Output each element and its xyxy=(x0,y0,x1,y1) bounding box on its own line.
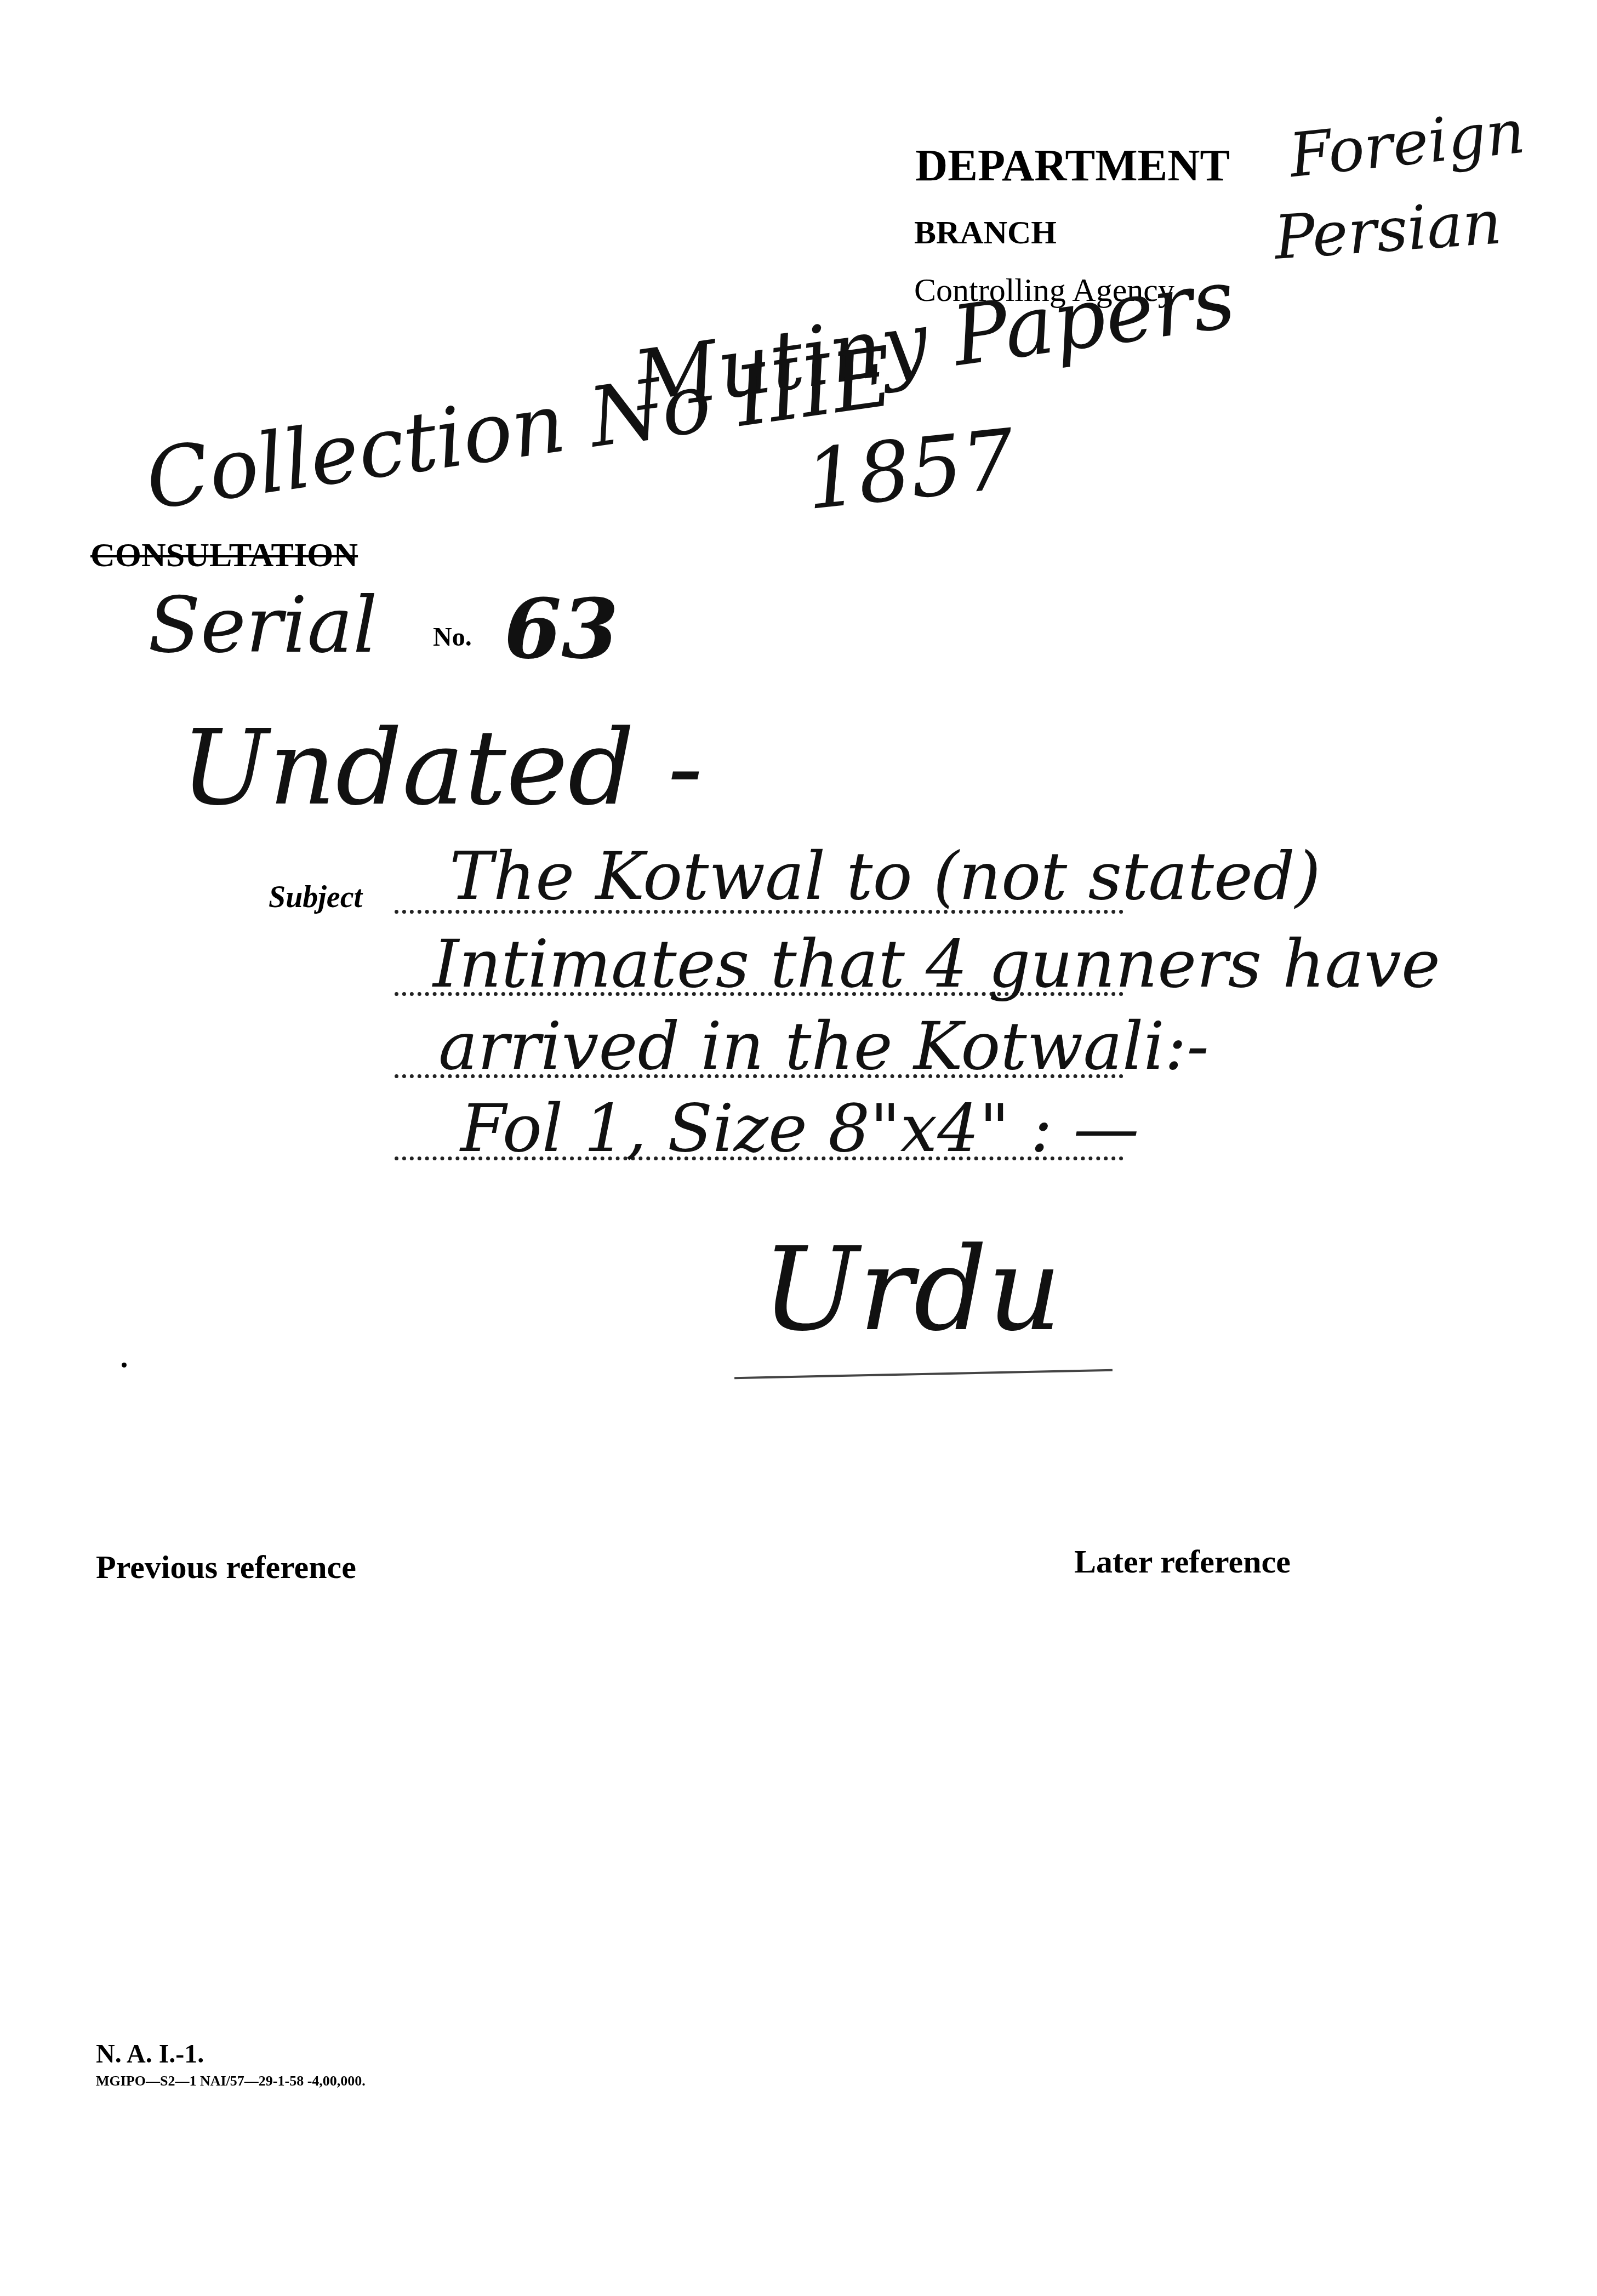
language-underline xyxy=(734,1369,1113,1379)
serial-label: Serial xyxy=(148,581,378,670)
date-value: Undated - xyxy=(181,707,703,828)
language-value: Urdu xyxy=(762,1222,1062,1357)
branch-value: Persian xyxy=(1272,187,1504,273)
print-line: MGIPO—S2—1 NAI/57—29-1-58 -4,00,000. xyxy=(96,2073,366,2089)
subject-label: Subject xyxy=(269,880,362,915)
branch-label: BRANCH xyxy=(914,214,1057,252)
collection-number: Collection No IIIE xyxy=(140,329,899,528)
subject-line-1: The Kotwal to (not stated) xyxy=(449,839,1321,915)
previous-reference-label: Previous reference xyxy=(96,1548,356,1586)
later-reference-label: Later reference xyxy=(1074,1543,1291,1581)
consultation-label: CONSULTATION xyxy=(90,536,358,575)
no-label: No. xyxy=(433,622,472,652)
subject-line-3: arrived in the Kotwali:- xyxy=(438,1009,1209,1085)
serial-number: 63 xyxy=(504,581,619,677)
subject-line-2: Intimates that 4 gunners have xyxy=(433,926,1440,1002)
department-value: Foreign xyxy=(1286,96,1528,191)
stray-dot xyxy=(122,1363,127,1368)
subject-line-4: Fol 1, Size 8"x4" : — xyxy=(460,1091,1139,1167)
department-label: DEPARTMENT xyxy=(915,140,1230,191)
form-code: N. A. I.-1. xyxy=(96,2039,204,2069)
